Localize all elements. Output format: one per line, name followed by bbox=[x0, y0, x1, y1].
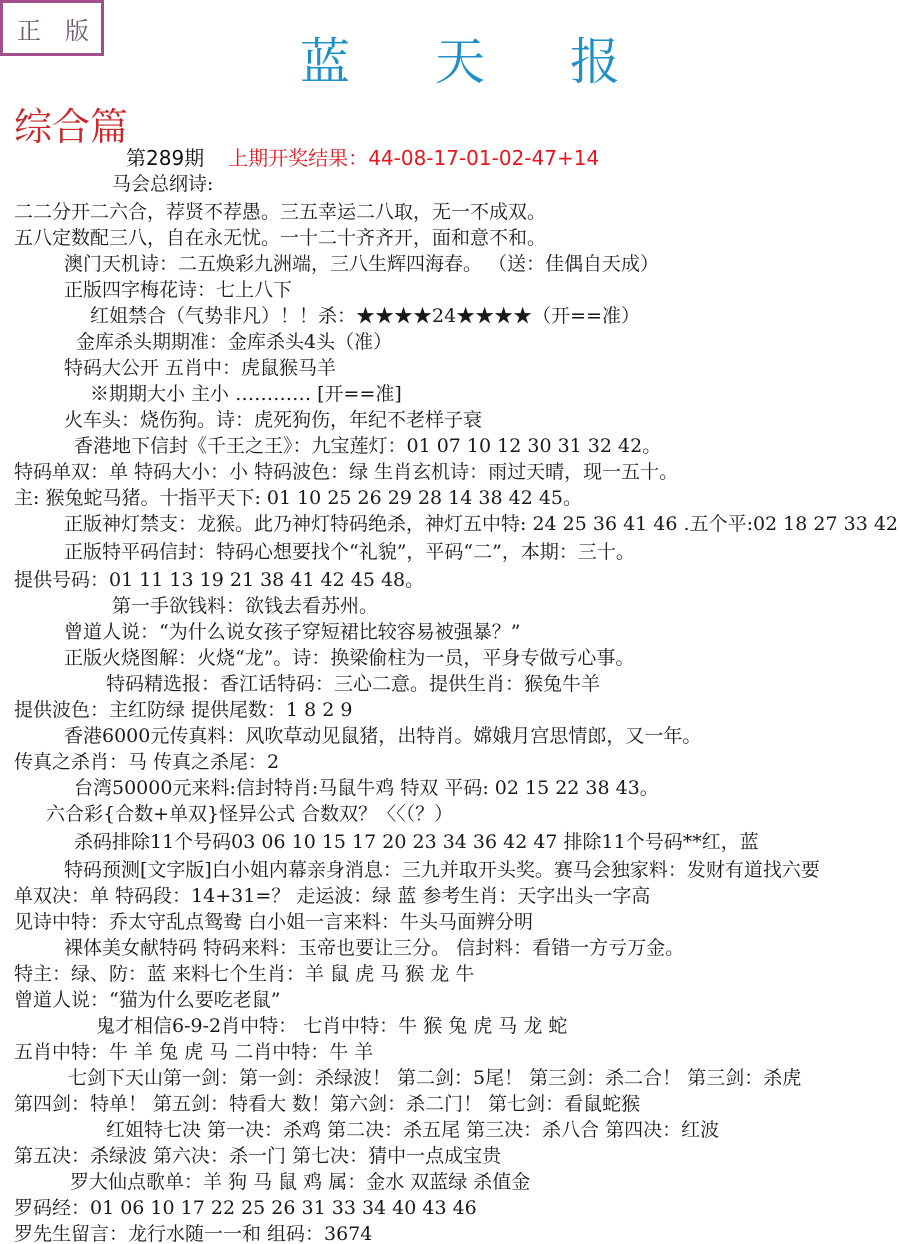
text-line: 裸体美女献特码 特码来料：玉帝也要让三分。 信封料：看错一方亏万金。 bbox=[64, 936, 684, 960]
text-line: 第一手欲钱料：欲钱去看苏州。 bbox=[112, 594, 378, 618]
title-char-1: 蓝 bbox=[300, 22, 350, 94]
text-line: 曾道人说：“为什么说女孩子穿短裙比较容易被强暴？” bbox=[64, 620, 520, 644]
text-line: 特主：绿、防：蓝 来料七个生肖：羊 鼠 虎 马 猴 龙 牛 bbox=[14, 962, 474, 986]
authentic-edition-badge: 正 版 bbox=[0, 0, 104, 56]
last-result-numbers: 44-08-17-01-02-47+14 bbox=[368, 146, 599, 170]
text-line: 特码单双：单 特码大小：小 特码波色：绿 生肖玄机诗：雨过天晴，现一五十。 bbox=[14, 460, 678, 484]
text-line: 第四剑：特单！ 第五剑：特看大 数！第六剑：杀二门！ 第七剑：看鼠蛇猴 bbox=[14, 1092, 640, 1116]
text-line: 正版神灯禁支：龙猴。此乃神灯特码绝杀，神灯五中特: 24 25 36 41 46… bbox=[64, 512, 898, 536]
title-char-2: 天 bbox=[435, 22, 485, 94]
text-line: 澳门天机诗：二五焕彩九洲端，三八生辉四海春。 （送：佳偶自天成） bbox=[64, 252, 659, 276]
newspaper-title: 蓝 天 报 bbox=[300, 22, 620, 94]
text-line: 马会总纲诗: bbox=[112, 172, 213, 196]
text-line: 正版四字梅花诗：七上八下 bbox=[64, 278, 292, 302]
text-line: 罗大仙点歌单：羊 狗 马 鼠 鸡 属：金水 双蓝绿 杀值金 bbox=[70, 1170, 530, 1194]
text-line: 五八定数配三八，自在永无忧。一十二十齐齐开，面和意不和。 bbox=[14, 226, 546, 250]
text-line: 香港地下信封《千王之王》：九宝莲灯：01 07 10 12 30 31 32 4… bbox=[74, 434, 661, 458]
text-line: 正版特平码信封：特码心想要找个“礼貌”，平码“二”，本期：三十。 bbox=[64, 540, 635, 564]
text-line: 提供号码：01 11 13 19 21 38 41 42 45 48。 bbox=[14, 568, 424, 592]
text-line: 香港6000元传真料：风吹草动见鼠猪，出特肖。嫦娥月宫思情郎，又一年。 bbox=[64, 724, 701, 748]
text-line: 火车头：烧伤狗。诗：虎死狗伤，年纪不老样子衰 bbox=[64, 408, 482, 432]
text-line: 六合彩{合数+单双}怪异公式 合数双？〈〈（？） bbox=[46, 802, 453, 826]
text-line: 特码精选报：香江话特码：三心二意。提供生肖：猴兔牛羊 bbox=[106, 672, 600, 696]
badge-char-2: 版 bbox=[65, 11, 89, 46]
text-line: 杀码排除11个号码03 06 10 15 17 20 23 34 36 42 4… bbox=[74, 830, 759, 854]
issue-number: 第289期 bbox=[126, 142, 204, 171]
text-line: 正版火烧图解：火烧“龙”。诗：换梁偷柱为一员，平身专做亏心事。 bbox=[64, 646, 634, 670]
text-line: 特码预测[文字版]白小姐内幕亲身消息：三九并取开头奖。赛马会独家料：发财有道找六… bbox=[64, 858, 820, 882]
text-line: 金库杀头期期准：金库杀头4头（准） bbox=[76, 330, 392, 354]
text-line: 五肖中特：牛 羊 兔 虎 马 二肖中特：牛 羊 bbox=[14, 1040, 373, 1064]
text-line: 罗先生留言：龙行水随一一和 组码：3674 bbox=[14, 1222, 372, 1244]
last-result: 上期开奖结果：44-08-17-01-02-47+14 bbox=[228, 142, 599, 171]
text-line: 单双决：单 特码段：14+31=？ 走运波：绿 蓝 参考生肖：天字出头一字高 bbox=[14, 884, 650, 908]
badge-char-1: 正 bbox=[17, 11, 41, 46]
text-line: 台湾50000元来料:信封特肖:马鼠牛鸡 特双 平码: 02 15 22 38 … bbox=[74, 776, 659, 800]
text-line: 红姐特七决 第一决：杀鸡 第二决：杀五尾 第三决：杀八合 第四决：红波 bbox=[106, 1118, 719, 1142]
text-line: 传真之杀肖：马 传真之杀尾：2 bbox=[14, 750, 279, 774]
text-line: 罗码经：01 06 10 17 22 25 26 31 33 34 40 43 … bbox=[14, 1196, 477, 1220]
issue-row: 第289期 上期开奖结果：44-08-17-01-02-47+14 bbox=[126, 142, 599, 171]
text-line: 鬼才相信6-9-2肖中特： 七肖中特：牛 猴 兔 虎 马 龙 蛇 bbox=[96, 1014, 567, 1038]
section-heading: 综合篇 bbox=[14, 96, 128, 151]
text-line: 特码大公开 五肖中：虎鼠猴马羊 bbox=[64, 356, 336, 380]
text-line: 曾道人说：“猫为什么要吃老鼠” bbox=[14, 988, 280, 1012]
text-line: 红姐禁合（气势非凡）！！杀：★★★★24★★★★（开==准） bbox=[90, 304, 640, 328]
text-line: 二二分开二六合，荐贤不荐愚。三五幸运二八取，无一不成双。 bbox=[14, 200, 546, 224]
text-line: 第五决：杀绿波 第六决：杀一门 第七决：猜中一点成宝贵 bbox=[14, 1144, 501, 1168]
text-line: 提供波色：主红防绿 提供尾数：1 8 2 9 bbox=[14, 698, 353, 722]
title-char-3: 报 bbox=[570, 22, 620, 94]
text-line: ※期期大小 主小 ………… [开==准] bbox=[90, 382, 402, 406]
text-line: 七剑下天山第一剑：第一剑：杀绿波！ 第二剑：5尾！ 第三剑：杀二合！ 第三剑：杀… bbox=[68, 1066, 801, 1090]
last-result-label: 上期开奖结果： bbox=[228, 146, 368, 170]
text-line: 见诗中特：乔太守乱点鸳鸯 白小姐一言来料：牛头马面辨分明 bbox=[14, 910, 533, 934]
text-line: 主: 猴兔蛇马猪。十指平天下: 01 10 25 26 29 28 14 38 … bbox=[14, 486, 582, 510]
